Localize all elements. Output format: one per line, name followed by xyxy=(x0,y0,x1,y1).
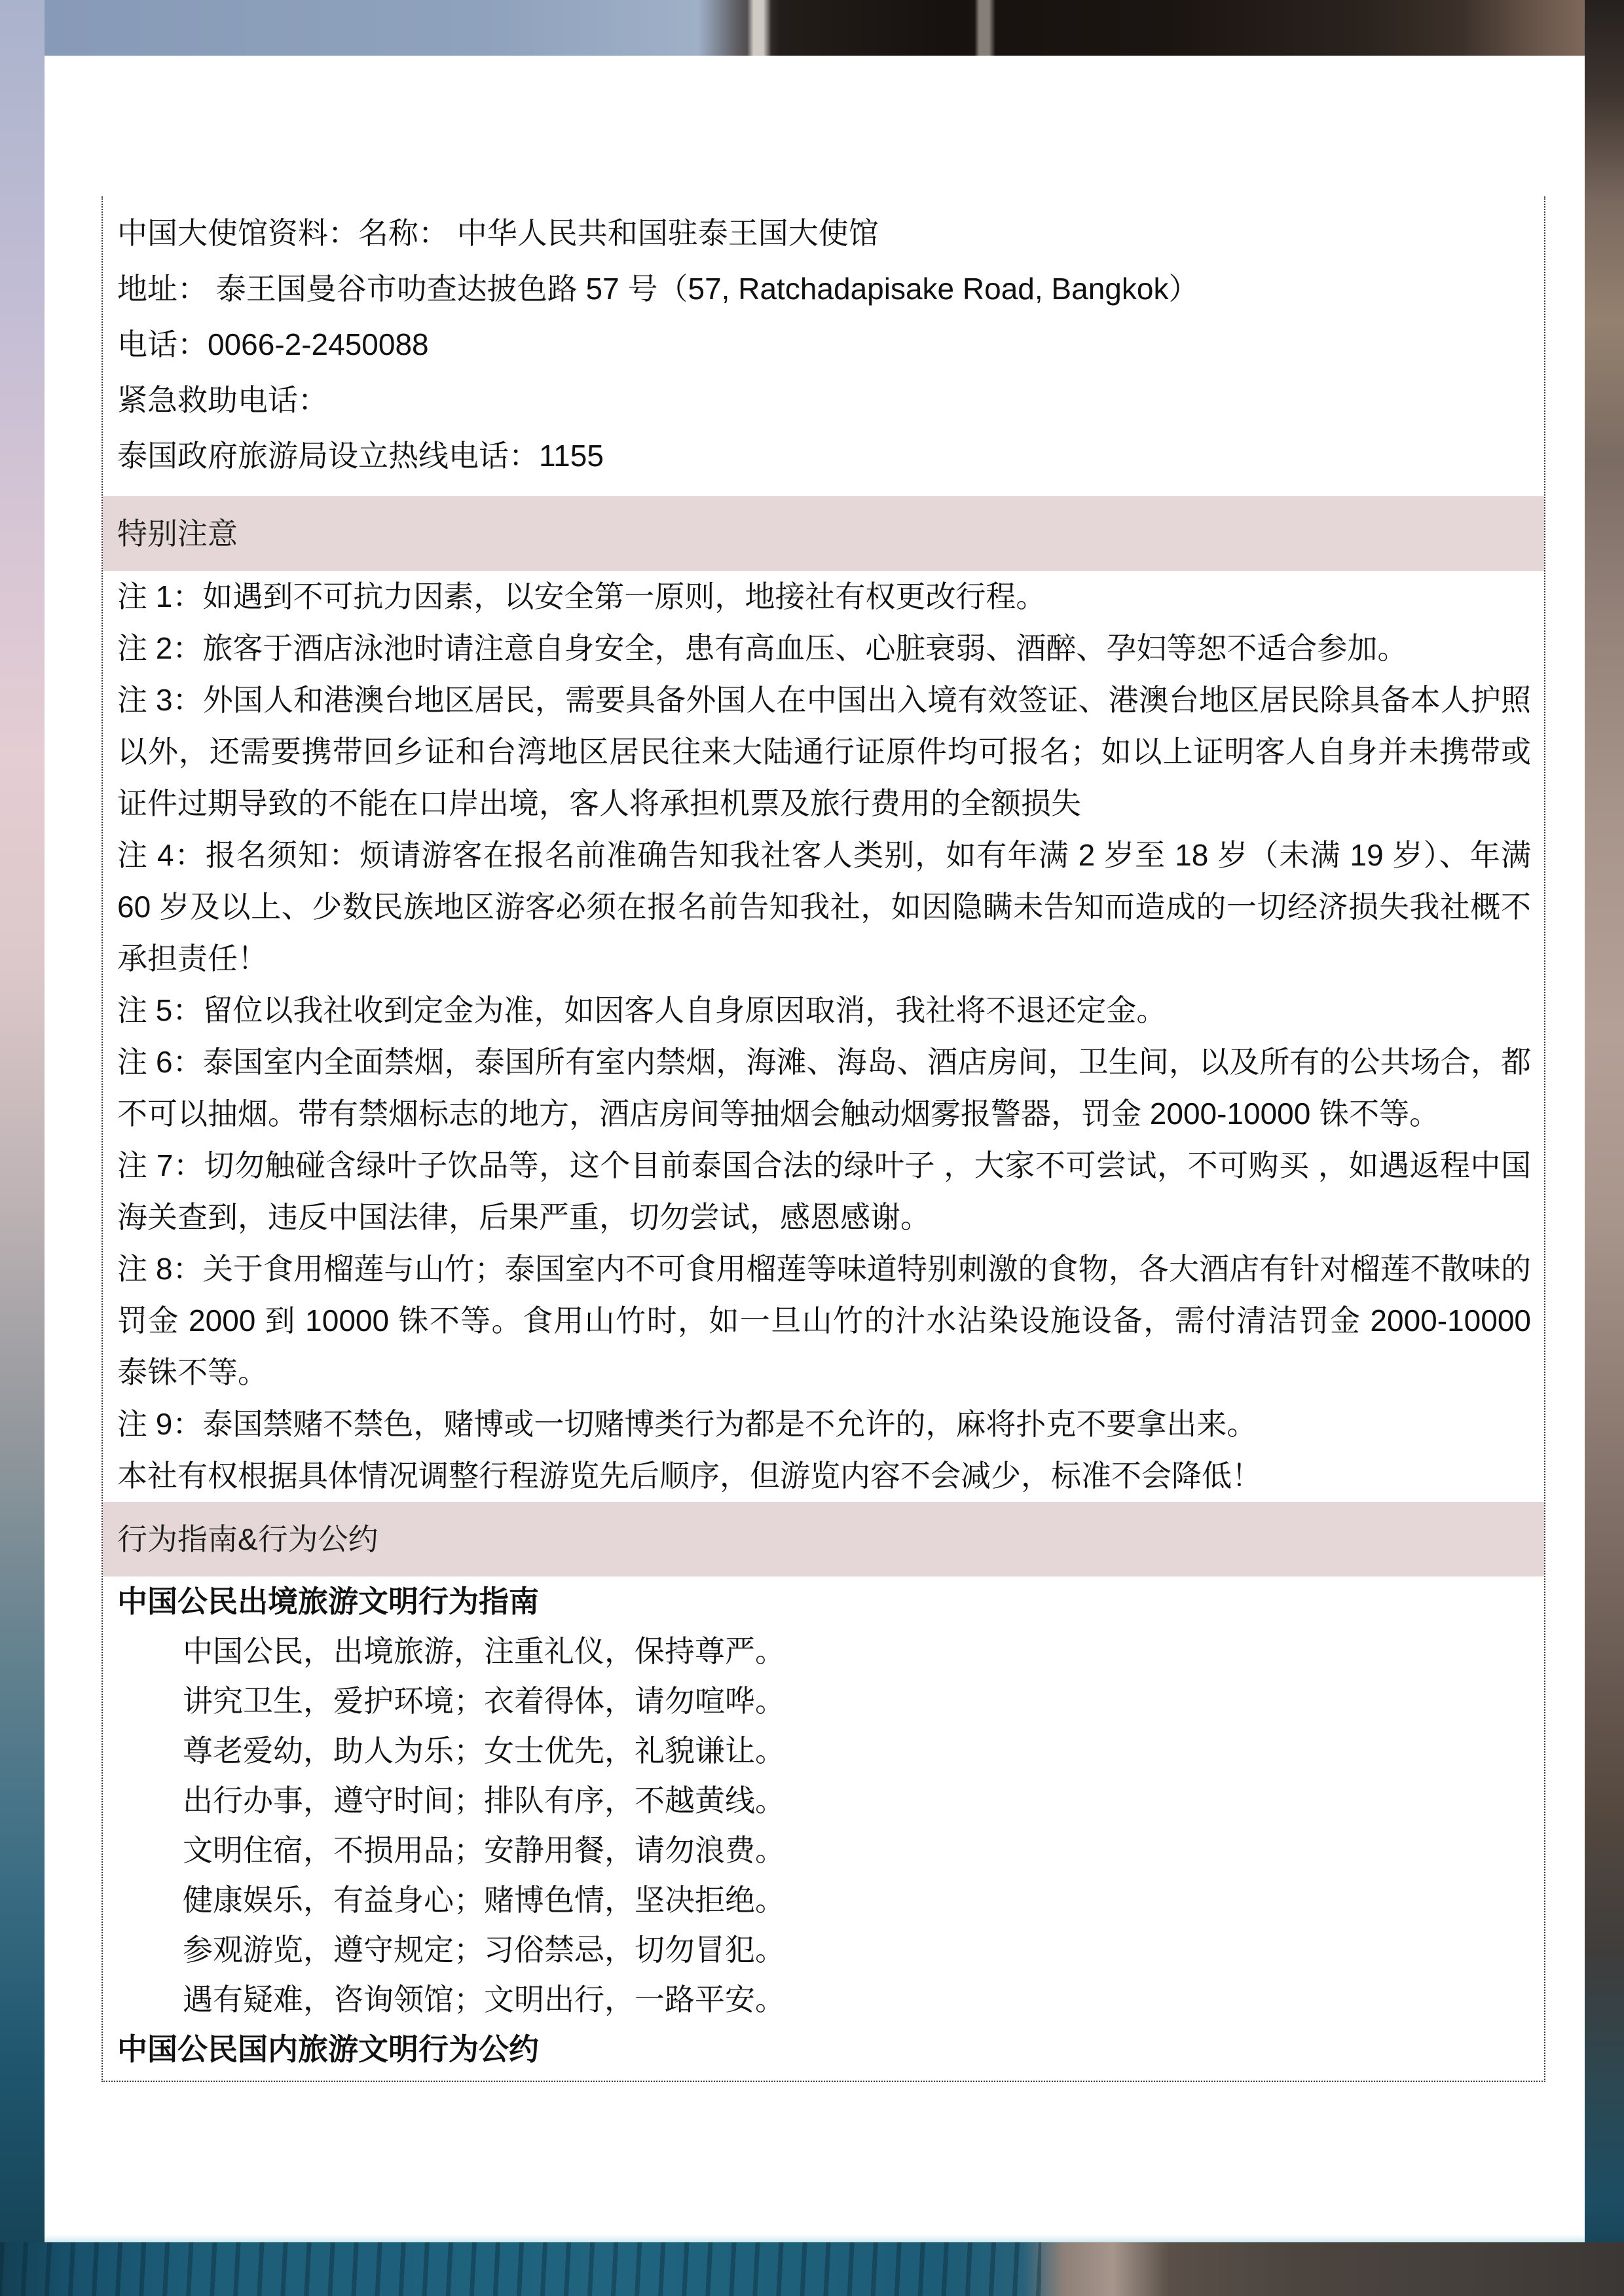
note-paragraph-3: 注 3：外国人和港澳台地区居民，需要具备外国人在中国出入境有效签证、港澳台地区居… xyxy=(103,674,1544,829)
embassy-address-line: 地址： 泰王国曼谷市叻查达披色路 57 号（57, Ratchadapisake… xyxy=(103,261,1544,317)
travel-notice-page: { "colors": { "band_bg": "#e5d7d7", "tex… xyxy=(0,0,1624,2296)
note-paragraph-9: 注 9：泰国禁赌不禁色，赌博或一切赌博类行为都是不允许的，麻将扑克不要拿出来。 xyxy=(103,1398,1544,1450)
embassy-name-line: 中国大使馆资料：名称： 中华人民共和国驻泰王国大使馆 xyxy=(103,206,1544,261)
note-paragraph-6: 注 6：泰国室内全面禁烟，泰国所有室内禁烟，海滩、海岛、酒店房间，卫生间，以及所… xyxy=(103,1036,1544,1140)
guide-line-7: 参观游览，遵守规定；习俗禁忌，切勿冒犯。 xyxy=(103,1925,1544,1975)
note-paragraph-5: 注 5：留位以我社收到定金为准，如因客人自身原因取消，我社将不退还定金。 xyxy=(103,985,1544,1036)
background-photo-pool xyxy=(0,2242,1624,2296)
guide-line-1: 中国公民，出境旅游，注重礼仪，保持尊严。 xyxy=(103,1626,1544,1676)
special-notice-header-band: 特别注意 xyxy=(103,496,1544,571)
background-photo-top xyxy=(0,0,1624,56)
itinerary-adjust-statement: 本社有权根据具体情况调整行程游览先后顺序，但游览内容不会减少，标准不会降低！ xyxy=(103,1450,1544,1502)
guide-line-5: 文明住宿，不损用品；安静用餐，请勿浪费。 xyxy=(103,1825,1544,1875)
tourism-hotline-line: 泰国政府旅游局设立热线电话：1155 xyxy=(103,428,1544,484)
note-paragraph-1: 注 1：如遇到不可抗力因素，以安全第一原则，地接社有权更改行程。 xyxy=(103,571,1544,623)
document-sheet: 中国大使馆资料：名称： 中华人民共和国驻泰王国大使馆 地址： 泰王国曼谷市叻查达… xyxy=(45,56,1585,2242)
note-paragraph-4: 注 4：报名须知：烦请游客在报名前准确告知我社客人类别，如有年满 2 岁至 18… xyxy=(103,829,1544,985)
note-paragraph-8: 注 8：关于食用榴莲与山竹；泰国室内不可食用榴莲等味道特别刺激的食物，各大酒店有… xyxy=(103,1243,1544,1398)
guide-line-8: 遇有疑难，咨询领馆；文明出行，一路平安。 xyxy=(103,1975,1544,2024)
outbound-guide-title: 中国公民出境旅游文明行为指南 xyxy=(103,1576,1544,1626)
guide-line-2: 讲究卫生，爱护环境；衣着得体，请勿喧哗。 xyxy=(103,1676,1544,1726)
conduct-section: 中国公民出境旅游文明行为指南 中国公民，出境旅游，注重礼仪，保持尊严。 讲究卫生… xyxy=(103,1576,1544,2074)
embassy-info-section: 中国大使馆资料：名称： 中华人民共和国驻泰王国大使馆 地址： 泰王国曼谷市叻查达… xyxy=(103,196,1544,484)
itinerary-notice-table: 中国大使馆资料：名称： 中华人民共和国驻泰王国大使馆 地址： 泰王国曼谷市叻查达… xyxy=(101,196,1545,2082)
embassy-phone-line: 电话：0066-2-2450088 xyxy=(103,317,1544,373)
note-paragraph-7: 注 7：切勿触碰含绿叶子饮品等，这个目前泰国合法的绿叶子 ，大家不可尝试，不可购… xyxy=(103,1140,1544,1243)
background-photo-right xyxy=(1585,0,1624,2296)
guide-line-4: 出行办事，遵守时间；排队有序，不越黄线。 xyxy=(103,1776,1544,1825)
background-photo-left xyxy=(0,0,45,2296)
note-paragraph-2: 注 2：旅客于酒店泳池时请注意自身安全，患有高血压、心脏衰弱、酒醉、孕妇等恕不适… xyxy=(103,623,1544,674)
guide-line-3: 尊老爱幼，助人为乐；女士优先，礼貌谦让。 xyxy=(103,1726,1544,1776)
special-notice-section: 注 1：如遇到不可抗力因素，以安全第一原则，地接社有权更改行程。 注 2：旅客于… xyxy=(103,571,1544,1502)
domestic-convention-title: 中国公民国内旅游文明行为公约 xyxy=(103,2024,1544,2074)
emergency-phone-line: 紧急救助电话： xyxy=(103,373,1544,428)
conduct-header-band: 行为指南&行为公约 xyxy=(103,1502,1544,1576)
guide-line-6: 健康娱乐，有益身心；赌博色情，坚决拒绝。 xyxy=(103,1875,1544,1925)
